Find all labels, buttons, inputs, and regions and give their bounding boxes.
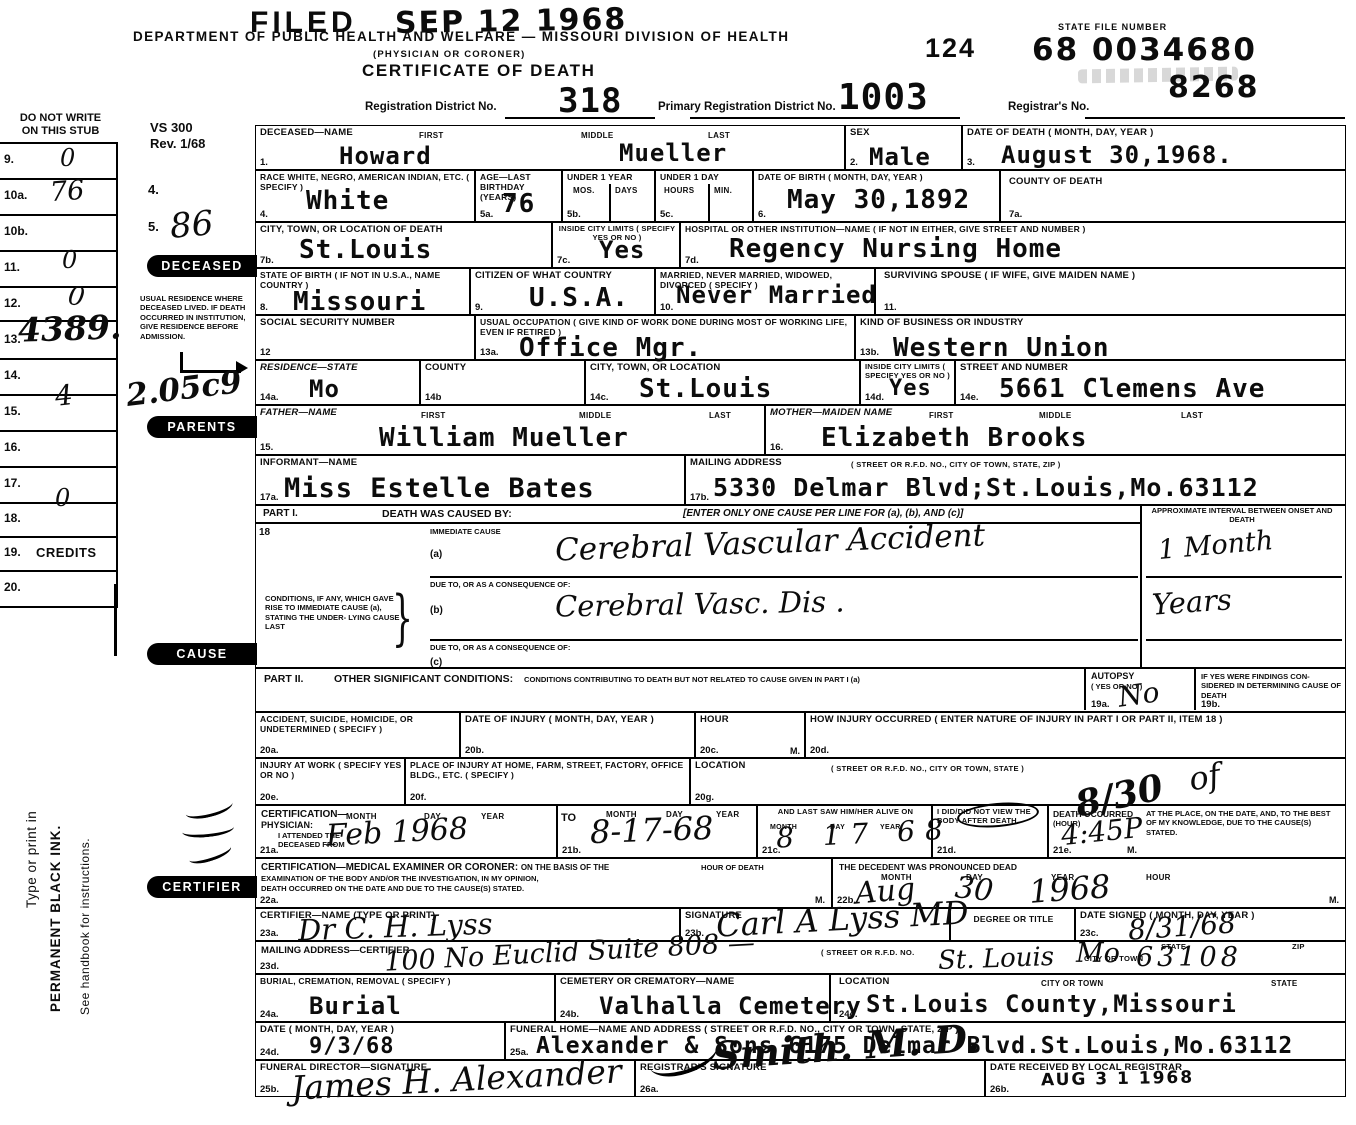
item-number: 5b. bbox=[567, 209, 581, 220]
item-number: 20b. bbox=[465, 745, 484, 756]
sub-label-city: CITY OR TOWN bbox=[1041, 979, 1103, 988]
item-number: 22a. bbox=[260, 895, 279, 906]
item-number: 25b. bbox=[260, 1084, 279, 1095]
part2-title: OTHER SIGNIFICANT CONDITIONS: bbox=[334, 673, 513, 685]
stub-warning-line1: DO NOT WRITE bbox=[20, 112, 101, 124]
field-last-saw-alive: AND LAST SAW HIM/HER ALIVE ON MONTH DAY … bbox=[757, 805, 932, 858]
item-number: 16. bbox=[770, 442, 783, 453]
item-number: 21b. bbox=[562, 845, 581, 856]
stub-num: 20. bbox=[4, 580, 21, 594]
field-ssn: SOCIAL SECURITY NUMBER 12 bbox=[255, 315, 475, 360]
sub-label-street: ( STREET OR R.F.D. NO. bbox=[821, 948, 915, 957]
field-injury-at-work: INJURY AT WORK ( SPECIFY YES OR NO ) 20e… bbox=[255, 758, 405, 805]
side-item5-value: 86 bbox=[169, 206, 215, 244]
stub-value-18: 0 bbox=[55, 486, 70, 510]
department-title: DEPARTMENT OF PUBLIC HEALTH AND WELFARE … bbox=[133, 29, 789, 44]
tab-deceased: DECEASED bbox=[147, 255, 257, 277]
sub-label-hours: HOURS bbox=[664, 186, 694, 195]
typed-city-of-death: St.Louis bbox=[299, 237, 432, 263]
tab-cause: CAUSE bbox=[147, 643, 257, 665]
ink-note-line1: Type or print in bbox=[24, 811, 39, 908]
sub-label-first: FIRST bbox=[929, 411, 954, 420]
immediate-cause-label: IMMEDIATE CAUSE bbox=[430, 527, 501, 536]
field-inside-city-limits: INSIDE CITY LIMITS ( SPECIFY YES OR NO )… bbox=[552, 222, 680, 268]
sub-label-first: FIRST bbox=[421, 411, 446, 420]
field-state-of-birth: STATE OF BIRTH ( IF NOT IN U.S.A., NAME … bbox=[255, 268, 470, 315]
item-number: 23a. bbox=[260, 928, 279, 939]
field-label: DEGREE OR TITLE bbox=[955, 914, 1072, 924]
field-label: INJURY AT WORK ( SPECIFY YES OR NO ) bbox=[260, 760, 402, 780]
typed-sex: Male bbox=[869, 145, 931, 169]
due-to-label-1: DUE TO, OR AS A CONSEQUENCE OF: bbox=[430, 580, 570, 589]
ink-scribble bbox=[184, 794, 235, 822]
field-label: INFORMANT—NAME bbox=[260, 457, 682, 468]
item-number: 23d. bbox=[260, 961, 279, 972]
field-residence-county: COUNTY 14b bbox=[420, 360, 585, 405]
item-number: 19b. bbox=[1201, 699, 1220, 710]
line-b-label: (b) bbox=[430, 605, 443, 616]
item-number: 20f. bbox=[410, 792, 426, 803]
field-date-of-birth: DATE OF BIRTH ( MONTH, DAY, YEAR ) 6. Ma… bbox=[753, 170, 1000, 222]
field-certifier-mailing-address: MAILING ADDRESS—CERTIFIER 23d. ( STREET … bbox=[255, 941, 1346, 974]
item-number: 14c. bbox=[590, 392, 609, 403]
due-to-label-2: DUE TO, OR AS A CONSEQUENCE OF: bbox=[430, 643, 570, 652]
typed-race: White bbox=[306, 188, 389, 214]
item-number: 5c. bbox=[660, 209, 673, 220]
conditions-note: CONDITIONS, IF ANY, WHICH GAVE RISE TO I… bbox=[265, 594, 403, 632]
state-file-number: 68 0034680 bbox=[1032, 32, 1257, 68]
stub-row: 19. CREDITS bbox=[0, 538, 116, 572]
typed-mother-name: Elizabeth Brooks bbox=[821, 425, 1087, 451]
typed-residence-street: 5661 Clemens Ave bbox=[999, 376, 1265, 402]
field-label: MAILING ADDRESS bbox=[690, 457, 810, 468]
line-c-label: (c) bbox=[430, 657, 442, 668]
item-number: 14e. bbox=[960, 392, 979, 403]
stub-value-10a: 76 bbox=[49, 177, 85, 206]
typed-burial-date: 9/3/68 bbox=[309, 1036, 394, 1058]
field-accident-suicide: ACCIDENT, SUICIDE, HOMICIDE, OR UNDETERM… bbox=[255, 712, 460, 758]
item-number: 19a. bbox=[1091, 699, 1110, 710]
typed-hospital: Regency Nursing Home bbox=[729, 236, 1062, 262]
typed-citizen: U.S.A. bbox=[529, 285, 629, 311]
item-number: 1. bbox=[260, 157, 268, 168]
typed-first-name: Howard bbox=[339, 144, 432, 168]
hour-of-death-label: HOUR OF DEATH bbox=[701, 863, 764, 872]
ink-note-line3: See handbook for instructions. bbox=[78, 838, 92, 1015]
field-viewed-body: I DID/DID NOT VIEW THE BODY AFTER DEATH.… bbox=[932, 805, 1048, 858]
handwritten-mailing-state: Mo bbox=[1076, 940, 1120, 967]
primary-district-value: 1003 bbox=[838, 80, 929, 116]
sub-label-state: STATE bbox=[1271, 979, 1298, 988]
stub-num: 9. bbox=[4, 152, 14, 166]
field-label: UNDER 1 DAY bbox=[660, 172, 750, 182]
field-label: COUNTY OF DEATH bbox=[1009, 176, 1343, 187]
field-certifier-signature: SIGNATURE 23b. Carl A Lyss MD bbox=[680, 908, 950, 941]
item-number: 10. bbox=[660, 302, 673, 313]
field-label: CITIZEN OF WHAT COUNTRY bbox=[475, 270, 652, 281]
handwritten-interval-b: Years bbox=[1151, 585, 1233, 619]
field-county-of-death: COUNTY OF DEATH 7a. bbox=[1000, 170, 1346, 222]
typed-occupation: Office Mgr. bbox=[519, 335, 702, 361]
stub-value-13: 4389. bbox=[17, 310, 121, 347]
field-label: DATE OF DEATH ( MONTH, DAY, YEAR ) bbox=[967, 127, 1343, 138]
item-number: 8. bbox=[260, 302, 268, 313]
field-date-of-death: DATE OF DEATH ( MONTH, DAY, YEAR ) 3. Au… bbox=[962, 125, 1346, 170]
sub-label-mos: MOS. bbox=[573, 186, 595, 195]
part2-label: PART II. bbox=[264, 673, 303, 685]
field-residence-city-limits: INSIDE CITY LIMITS ( SPECIFY YES OR NO )… bbox=[860, 360, 955, 405]
field-date-signed: DATE SIGNED ( MONTH, DAY, YEAR ) 23c. 8/… bbox=[1075, 908, 1346, 941]
item-number: 24c. bbox=[839, 1009, 858, 1020]
handwritten-last-saw: 8 17 68 bbox=[775, 815, 953, 852]
field-date-received: DATE RECEIVED BY LOCAL REGISTRAR 26b. AU… bbox=[985, 1060, 1346, 1097]
am-pm-label: M. bbox=[790, 746, 800, 756]
side-item4: 4. bbox=[148, 182, 159, 197]
item-number: 3. bbox=[967, 157, 975, 168]
line-a-label: (a) bbox=[430, 549, 442, 560]
field-label: CEMETERY OR CREMATORY—NAME bbox=[560, 976, 827, 987]
field-label: ACCIDENT, SUICIDE, HOMICIDE, OR UNDETERM… bbox=[260, 714, 457, 734]
am-pm-label: M. bbox=[1127, 845, 1137, 855]
stub-row: 11. bbox=[0, 252, 116, 288]
typed-father-name: William Mueller bbox=[379, 425, 629, 451]
handwritten-cause-b: Cerebral Vasc. Dis . bbox=[555, 587, 845, 621]
side-item5: 5. bbox=[148, 219, 159, 234]
sub-label-middle: MIDDLE bbox=[581, 131, 613, 140]
typed-burial-type: Burial bbox=[309, 994, 402, 1018]
item-number: 2. bbox=[850, 157, 858, 168]
item-number: 17a. bbox=[260, 492, 279, 503]
sub-label-hour: HOUR bbox=[1146, 873, 1171, 882]
findings-label: IF YES WERE FINDINGS CON- SIDERED IN DET… bbox=[1201, 672, 1343, 700]
item-number: 7d. bbox=[685, 255, 699, 266]
handwritten-mailing-city: St. Louis bbox=[938, 944, 1055, 974]
field-how-injury-occurred: HOW INJURY OCCURRED ( ENTER NATURE OF IN… bbox=[805, 712, 1346, 758]
item-number: 14d. bbox=[865, 392, 884, 403]
field-label: COUNTY bbox=[425, 362, 582, 373]
item-number: 20e. bbox=[260, 792, 279, 803]
item-number: 13a. bbox=[480, 347, 499, 358]
pronounced-label: THE DECEDENT WAS PRONOUNCED DEAD bbox=[839, 862, 1039, 872]
typed-cemetery-location: St.Louis County,Missouri bbox=[866, 992, 1237, 1016]
tab-parents: PARENTS bbox=[147, 416, 257, 438]
typed-residence-city: St.Louis bbox=[639, 376, 772, 402]
sub-label-street: ( STREET OR R.F.D. NO., CITY OF TOWN, ST… bbox=[851, 460, 1061, 469]
field-label: KIND OF BUSINESS OR INDUSTRY bbox=[860, 317, 1343, 328]
typed-age: 76 bbox=[502, 191, 535, 217]
stub-num: 16. bbox=[4, 440, 21, 454]
stub-num: 10a. bbox=[4, 188, 27, 202]
stub-num: 17. bbox=[4, 476, 21, 490]
part1-item-number: 18 bbox=[259, 527, 270, 538]
stub-num: 19. bbox=[4, 545, 21, 559]
field-cemetery-name: CEMETERY OR CREMATORY—NAME 24b. Valhalla… bbox=[555, 974, 830, 1022]
field-occupation: USUAL OCCUPATION ( GIVE KIND OF WORK DON… bbox=[475, 315, 855, 360]
field-father-name: FATHER—NAME FIRST MIDDLE LAST 15. Willia… bbox=[255, 405, 765, 455]
stub-num: 14. bbox=[4, 368, 21, 382]
stub-row: 9. bbox=[0, 144, 116, 180]
item-number: 15. bbox=[260, 442, 273, 453]
typed-mailing-address: 5330 Delmar Blvd;St.Louis,Mo.63112 bbox=[713, 475, 1259, 500]
to-label: TO bbox=[561, 812, 576, 824]
field-label: DATE OF INJURY ( MONTH, DAY, YEAR ) bbox=[465, 714, 692, 725]
field-city-of-death: CITY, TOWN, OR LOCATION OF DEATH 7b. St.… bbox=[255, 222, 552, 268]
field-age: AGE—LAST BIRTHDAY (YEARS) 5a. 76 bbox=[475, 170, 562, 222]
sub-label-middle: MIDDLE bbox=[1039, 411, 1071, 420]
field-surviving-spouse: SURVIVING SPOUSE ( IF WIFE, GIVE MAIDEN … bbox=[875, 268, 1346, 315]
field-cert-attended-to: TO MONTH DAY YEAR 21b. 8-17-68 bbox=[557, 805, 757, 858]
field-cert-coroner: CERTIFICATION—MEDICAL EXAMINER OR CORONE… bbox=[255, 858, 832, 908]
field-label: SURVIVING SPOUSE ( IF WIFE, GIVE MAIDEN … bbox=[884, 270, 1343, 281]
part1-caused-by: DEATH WAS CAUSED BY: bbox=[382, 508, 512, 520]
stub-value-11: 0 bbox=[62, 248, 77, 272]
registrar-no-label: Registrar's No. bbox=[1008, 101, 1089, 113]
coroner-label: CERTIFICATION—MEDICAL EXAMINER OR CORONE… bbox=[261, 862, 609, 873]
field-industry: KIND OF BUSINESS OR INDUSTRY 13b. Wester… bbox=[855, 315, 1346, 360]
sub-label-last: LAST bbox=[709, 411, 731, 420]
stub-value-9: 0 bbox=[60, 146, 75, 170]
field-place-of-injury: PLACE OF INJURY AT HOME, FARM, STREET, F… bbox=[405, 758, 690, 805]
field-label: STREET AND NUMBER bbox=[960, 362, 1343, 373]
item-number: 9. bbox=[475, 302, 483, 313]
sub-label-street: ( STREET OR R.F.D. NO., CITY OR TOWN, ST… bbox=[831, 764, 1024, 773]
handwritten-autopsy: No bbox=[1116, 678, 1161, 711]
date-received-stamp: AUG 3 1 1968 bbox=[1041, 1068, 1194, 1091]
coroner-note1: ON THE BASIS OF THE bbox=[521, 863, 609, 872]
page-title: CERTIFICATE OF DEATH bbox=[362, 61, 595, 81]
field-label: SEX bbox=[850, 127, 959, 138]
typed-inside-city-limits: Yes bbox=[599, 238, 645, 262]
form-revision: Rev. 1/68 bbox=[150, 136, 205, 151]
attest-note: AT THE PLACE, ON THE DATE, AND, TO THE B… bbox=[1146, 809, 1342, 837]
stub-credits-label: CREDITS bbox=[36, 545, 97, 560]
form-number: VS 300 bbox=[150, 120, 193, 135]
page-number: 124 bbox=[925, 33, 976, 64]
field-label: RESIDENCE—STATE bbox=[260, 362, 417, 373]
field-mother-name: MOTHER—MAIDEN NAME FIRST MIDDLE LAST 16.… bbox=[765, 405, 1346, 455]
sub-label-min: MIN. bbox=[714, 186, 732, 195]
item-number: 14a. bbox=[260, 392, 279, 403]
typed-marital-status: Never Married bbox=[676, 283, 877, 307]
typed-residence-city-limits: Yes bbox=[889, 378, 932, 400]
field-under-1-day: UNDER 1 DAY HOURS MIN. 5c. bbox=[655, 170, 753, 222]
typed-industry: Western Union bbox=[893, 335, 1110, 361]
stub-num: 11. bbox=[4, 260, 20, 274]
item-number: 24d. bbox=[260, 1047, 279, 1058]
handwritten-attended-to: 8-17-68 bbox=[589, 812, 713, 848]
primary-district-label: Primary Registration District No. bbox=[658, 101, 836, 113]
field-deceased-name: DECEASED—NAME FIRST MIDDLE LAST 1. Howar… bbox=[255, 125, 845, 170]
field-injury-hour: HOUR 20c. M. bbox=[695, 712, 805, 758]
item-number: 7c. bbox=[557, 255, 570, 266]
item-number: 21d. bbox=[937, 845, 956, 856]
typed-informant: Miss Estelle Bates bbox=[284, 475, 595, 502]
field-label: BURIAL, CREMATION, REMOVAL ( SPECIFY ) bbox=[260, 976, 552, 986]
field-burial-type: BURIAL, CREMATION, REMOVAL ( SPECIFY ) 2… bbox=[255, 974, 555, 1022]
typed-date-of-birth: May 30,1892 bbox=[787, 187, 970, 213]
field-label: DATE OF BIRTH ( MONTH, DAY, YEAR ) bbox=[758, 172, 997, 182]
tab-certifier: CERTIFIER bbox=[147, 876, 257, 898]
item-number: 11. bbox=[884, 302, 897, 313]
brace-glyph: } bbox=[392, 583, 413, 653]
field-cert-physician-attended: CERTIFICATION— PHYSICIAN: I ATTENDED THE… bbox=[255, 805, 557, 858]
item-number: 7b. bbox=[260, 255, 274, 266]
sub-label-zip: ZIP bbox=[1292, 942, 1305, 951]
item-number: 7a. bbox=[1009, 209, 1022, 220]
stub-value-15: 4 bbox=[54, 381, 75, 411]
field-residence-state: RESIDENCE—STATE 14a. Mo bbox=[255, 360, 420, 405]
stub-num: 15. bbox=[4, 404, 21, 418]
field-informant-mailing-address: MAILING ADDRESS ( STREET OR R.F.D. NO., … bbox=[685, 455, 1346, 505]
typed-date-of-death: August 30,1968. bbox=[1001, 143, 1233, 167]
field-cemetery-location: LOCATION CITY OR TOWN STATE 24c. St.Loui… bbox=[830, 974, 1346, 1022]
typed-residence-state: Mo bbox=[309, 377, 340, 401]
sub-label-last: LAST bbox=[1181, 411, 1203, 420]
field-label: HOW INJURY OCCURRED ( ENTER NATURE OF IN… bbox=[810, 714, 1343, 725]
item-number: 5a. bbox=[480, 209, 493, 220]
field-label: MOTHER—MAIDEN NAME bbox=[770, 407, 920, 418]
field-residence-street: STREET AND NUMBER 14e. 5661 Clemens Ave bbox=[955, 360, 1346, 405]
stub-num: 10b. bbox=[4, 224, 28, 238]
stub-row: 10b. bbox=[0, 216, 116, 252]
typed-cemetery: Valhalla Cemetery bbox=[599, 994, 862, 1018]
item-number: 20c. bbox=[700, 745, 719, 756]
field-sex: SEX 2. Male bbox=[845, 125, 962, 170]
field-under-1-year: UNDER 1 YEAR MOS. DAYS 5b. bbox=[562, 170, 655, 222]
stub-num: 18. bbox=[4, 511, 21, 525]
field-label: CITY, TOWN, OR LOCATION bbox=[590, 362, 857, 373]
item-number: 4. bbox=[260, 209, 268, 220]
field-label: PLACE OF INJURY AT HOME, FARM, STREET, F… bbox=[410, 760, 687, 780]
ink-scribble bbox=[181, 819, 234, 839]
ink-scribble-of: of bbox=[1186, 759, 1222, 796]
part2-other-conditions: PART II. OTHER SIGNIFICANT CONDITIONS: C… bbox=[255, 668, 1346, 712]
item-number: 20g. bbox=[695, 792, 714, 803]
item-number: 21a. bbox=[260, 845, 279, 856]
field-label: HOSPITAL OR OTHER INSTITUTION—NAME ( IF … bbox=[685, 224, 1343, 234]
item-number: 26a. bbox=[640, 1084, 659, 1095]
state-file-label: STATE FILE NUMBER bbox=[1058, 22, 1167, 32]
physician-or-coroner: (PHYSICIAN OR CORONER) bbox=[373, 49, 526, 60]
sub-label-year: YEAR bbox=[481, 812, 504, 821]
ink-scribble bbox=[187, 840, 233, 868]
item-number: 17b. bbox=[690, 492, 709, 503]
stub-row: 16. bbox=[0, 432, 116, 468]
stub-warning: DO NOT WRITE ON THIS STUB bbox=[8, 112, 113, 138]
stub-box: 9. 10a. 10b. 11. 12. 13. 14. 15. 16. 17.… bbox=[0, 142, 118, 608]
typed-state-of-birth: Missouri bbox=[293, 289, 426, 315]
reg-district-label: Registration District No. bbox=[365, 101, 497, 113]
death-certificate-scan: FILED SEP 12 1968 DEPARTMENT OF PUBLIC H… bbox=[0, 0, 1356, 1125]
field-injury-location: LOCATION ( STREET OR R.F.D. NO., CITY OR… bbox=[690, 758, 1346, 805]
field-informant: INFORMANT—NAME 17a. Miss Estelle Bates bbox=[255, 455, 685, 505]
field-burial-date: DATE ( MONTH, DAY, YEAR ) 24d. 9/3/68 bbox=[255, 1022, 505, 1060]
handwritten-date-signed: 8/31/68 bbox=[1127, 909, 1237, 944]
field-marital-status: MARRIED, NEVER MARRIED, WIDOWED, DIVORCE… bbox=[655, 268, 875, 315]
coroner-label-bold: CERTIFICATION—MEDICAL EXAMINER OR CORONE… bbox=[261, 862, 518, 873]
stub-warning-line2: ON THIS STUB bbox=[22, 125, 100, 137]
field-label: UNDER 1 YEAR bbox=[567, 172, 652, 182]
item-number: 20a. bbox=[260, 745, 279, 756]
stub-num: 12. bbox=[4, 296, 21, 310]
item-number: 26b. bbox=[990, 1084, 1009, 1095]
field-citizen-country: CITIZEN OF WHAT COUNTRY 9. U.S.A. bbox=[470, 268, 655, 315]
part1-label: PART I. bbox=[263, 508, 298, 519]
item-number: 6. bbox=[758, 209, 766, 220]
sub-label-year: YEAR bbox=[716, 810, 739, 819]
field-label: FATHER—NAME bbox=[260, 407, 380, 418]
residence-code-value: 2.05c9 bbox=[125, 367, 244, 412]
sub-label-days: DAYS bbox=[615, 186, 638, 195]
field-hospital: HOSPITAL OR OTHER INSTITUTION—NAME ( IF … bbox=[680, 222, 1346, 268]
interval-header: APPROXIMATE INTERVAL BETWEEN ONSET AND D… bbox=[1144, 506, 1340, 525]
item-number: 20d. bbox=[810, 745, 829, 756]
usual-residence-note: USUAL RESIDENCE WHERE DECEASED LIVED. IF… bbox=[140, 294, 246, 341]
field-label: CITY, TOWN, OR LOCATION OF DEATH bbox=[260, 224, 549, 235]
field-race: RACE WHITE, NEGRO, AMERICAN INDIAN, ETC.… bbox=[255, 170, 475, 222]
am-pm-label: M. bbox=[1329, 895, 1339, 905]
cert-physician-label2: PHYSICIAN: bbox=[261, 820, 313, 830]
field-funeral-director-signature: FUNERAL DIRECTOR—SIGNATURE 25b. James H.… bbox=[255, 1060, 635, 1097]
registrar-stamp-number: 8268 bbox=[1168, 70, 1260, 105]
item-number: 14b bbox=[425, 392, 441, 403]
handwritten-mailing-zip: 63108 bbox=[1136, 944, 1242, 971]
coroner-note2: EXAMINATION OF THE BODY AND/OR THE INVES… bbox=[261, 874, 539, 883]
typed-last-name: Mueller bbox=[619, 141, 727, 165]
part1-enter-note: [ENTER ONLY ONE CAUSE PER LINE FOR (a), … bbox=[683, 508, 963, 519]
sub-label-first: FIRST bbox=[419, 131, 444, 140]
field-date-of-injury: DATE OF INJURY ( MONTH, DAY, YEAR ) 20b. bbox=[460, 712, 695, 758]
field-label: LOCATION bbox=[839, 976, 929, 987]
item-number: 24b. bbox=[560, 1009, 579, 1020]
field-label: HOUR bbox=[700, 714, 802, 725]
item-number: 12 bbox=[260, 347, 271, 358]
field-label: SOCIAL SECURITY NUMBER bbox=[260, 317, 472, 328]
field-residence-city: CITY, TOWN, OR LOCATION 14c. St.Louis bbox=[585, 360, 860, 405]
ink-note-line2: PERMANENT BLACK INK. bbox=[48, 825, 63, 1012]
item-number: 13b. bbox=[860, 347, 879, 358]
sub-label-middle: MIDDLE bbox=[579, 411, 611, 420]
field-label: DECEASED—NAME bbox=[260, 127, 410, 138]
field-label: LOCATION bbox=[695, 760, 795, 771]
coroner-note3: DEATH OCCURRED ON THE DATE AND DUE TO TH… bbox=[261, 884, 524, 893]
stub-row: 20. bbox=[0, 572, 116, 608]
item-number: 24a. bbox=[260, 1009, 279, 1020]
reg-district-value: 318 bbox=[558, 84, 622, 118]
handwritten-pronounced-year: 1968 bbox=[1028, 870, 1111, 908]
handwritten-attended-from: Feb 1968 bbox=[325, 814, 468, 851]
part2-note: CONDITIONS CONTRIBUTING TO DEATH BUT NOT… bbox=[524, 675, 1064, 684]
